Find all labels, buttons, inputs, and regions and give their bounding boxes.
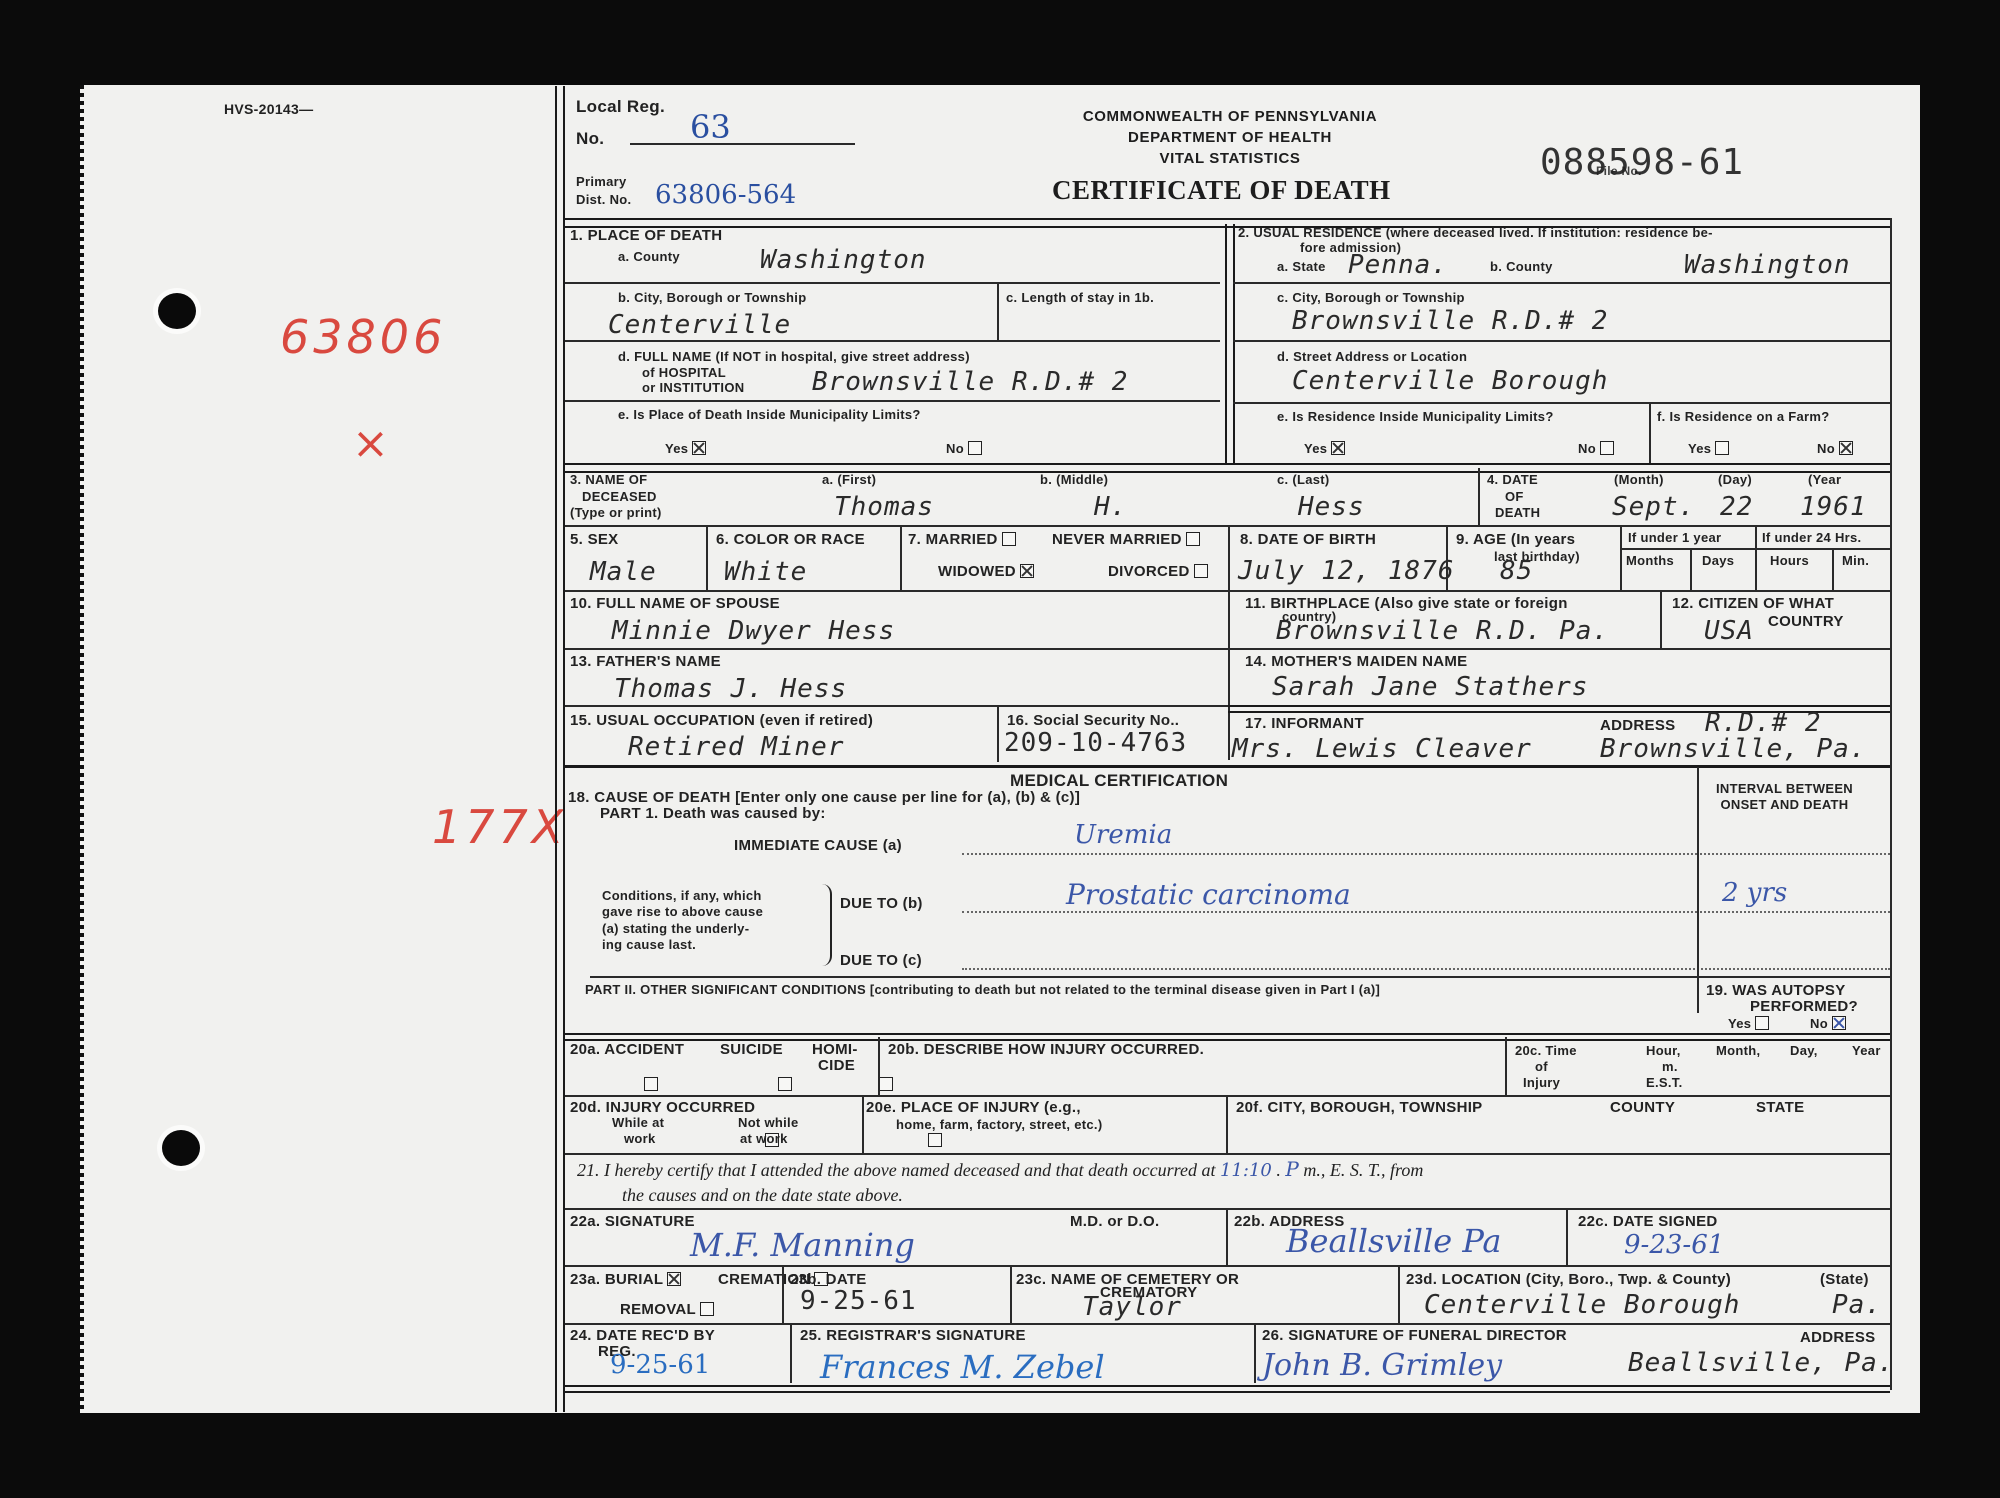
res-farm-no[interactable]: No <box>1817 441 1853 456</box>
res-farm-label: f. Is Residence on a Farm? <box>1657 410 1830 424</box>
certify-text-1: 21. I hereby certify that I attended the… <box>577 1160 1215 1180</box>
days-label: Days <box>1702 554 1734 568</box>
perforated-edge <box>80 85 84 1413</box>
pod-hospital-label: d. FULL NAME (If NOT in hospital, give s… <box>618 350 970 364</box>
yes-label: Yes <box>1728 1016 1751 1031</box>
checkbox-checked[interactable] <box>667 1272 681 1286</box>
funeral-director-signature: John B. Grimley <box>1262 1348 1502 1383</box>
divider <box>1755 525 1757 590</box>
autopsy-no[interactable]: No <box>1810 1016 1846 1031</box>
informant-address-line2: Brownsville, Pa. <box>1600 734 1866 764</box>
spouse-value: Minnie Dwyer Hess <box>612 616 895 646</box>
no-label: No <box>1817 441 1835 456</box>
first-name-value: Thomas <box>834 492 934 522</box>
burial-label: 23a. BURIAL <box>570 1271 663 1288</box>
checkbox-checked[interactable] <box>1832 1016 1846 1030</box>
local-reg-no-label: No. <box>576 130 604 148</box>
section-divider-1-2 <box>1225 224 1235 464</box>
local-reg-underline <box>630 143 855 145</box>
divider <box>1620 525 1622 590</box>
name-label-1: 3. NAME OF <box>570 473 647 487</box>
divider <box>1478 468 1480 525</box>
punch-hole-top <box>158 293 196 329</box>
pod-county-label: a. County <box>618 250 680 264</box>
divider <box>590 976 1890 978</box>
ssn-value: 209-10-4763 <box>1004 728 1187 758</box>
not-work-label-2: at work <box>740 1132 788 1146</box>
dod-day-label: (Day) <box>1718 473 1752 487</box>
burial-location-label: 23d. LOCATION (City, Boro., Twp. & Count… <box>1406 1272 1731 1288</box>
interval-line: INTERVAL BETWEEN <box>1716 781 1853 797</box>
autopsy-label: 19. WAS AUTOPSY <box>1706 983 1846 999</box>
place-injury-label: 20e. PLACE OF INJURY (e.g., <box>866 1100 1081 1116</box>
res-city-value: Brownsville R.D.# 2 <box>1292 306 1608 336</box>
father-label: 13. FATHER'S NAME <box>570 654 721 670</box>
divider <box>1446 525 1448 590</box>
hour-label-3: E.S.T. <box>1646 1076 1682 1090</box>
at-work-label: While at <box>612 1116 664 1130</box>
divider <box>997 282 999 340</box>
race-label: 6. COLOR OR RACE <box>716 532 865 548</box>
primary-dist-label: Primary <box>576 175 627 189</box>
dotted-line <box>1700 853 1890 855</box>
registrar-label: 25. REGISTRAR'S SIGNATURE <box>800 1328 1026 1344</box>
sex-label: 5. SEX <box>570 532 619 548</box>
conditions-label: Conditions, if any, which gave rise to a… <box>602 888 763 953</box>
res-street-value: Centerville Borough <box>1292 366 1608 396</box>
burial-state-label: (State) <box>1820 1272 1869 1288</box>
citizen-label-2: COUNTRY <box>1768 614 1844 630</box>
dotted-line <box>1700 911 1890 913</box>
header-line-department: DEPARTMENT OF HEALTH <box>1000 127 1460 148</box>
divider <box>565 1033 1890 1041</box>
mother-value: Sarah Jane Stathers <box>1272 672 1588 702</box>
last-name-label: c. (Last) <box>1277 473 1330 487</box>
punch-hole-bottom <box>162 1130 200 1166</box>
pod-hospital-value: Brownsville R.D.# 2 <box>812 367 1128 397</box>
place-injury-label-2: home, farm, factory, street, etc.) <box>896 1118 1102 1132</box>
occupation-value: Retired Miner <box>628 732 845 762</box>
res-city-label: c. City, Borough or Township <box>1277 291 1465 305</box>
month-label: Month, <box>1716 1044 1760 1058</box>
father-value: Thomas J. Hess <box>614 674 847 704</box>
widowed-option[interactable]: WIDOWED <box>938 564 1034 580</box>
conditions-line: gave rise to above cause <box>602 904 763 920</box>
res-limits-label: e. Is Residence Inside Municipality Limi… <box>1277 410 1554 424</box>
res-state-value: Penna. <box>1348 250 1448 280</box>
checkbox-unchecked[interactable] <box>1186 532 1200 546</box>
divorced-option[interactable]: DIVORCED <box>1108 564 1208 580</box>
pod-limits-yes[interactable]: Yes <box>665 441 706 456</box>
header-line-vital-stats: VITAL STATISTICS <box>1000 148 1460 169</box>
degree-label: M.D. or D.O. <box>1070 1214 1159 1230</box>
widowed-label: WIDOWED <box>938 563 1016 580</box>
res-state-label: a. State <box>1277 260 1326 274</box>
dod-day-value: 22 <box>1720 492 1753 522</box>
time-injury-label: 20c. Time <box>1515 1044 1577 1058</box>
married-label: 7. MARRIED <box>908 531 998 548</box>
yes-label: Yes <box>1304 441 1327 456</box>
name-label-2: DECEASED <box>582 490 657 504</box>
interval-line: ONSET AND DEATH <box>1716 797 1853 813</box>
informant-address-label: ADDRESS <box>1600 718 1675 734</box>
divider <box>1254 1323 1256 1383</box>
registrar-signature: Frances M. Zebel <box>820 1348 1105 1386</box>
dod-month-value: Sept. <box>1612 492 1695 522</box>
citizen-value: USA <box>1704 616 1754 646</box>
checkbox-unchecked[interactable] <box>968 441 982 455</box>
first-name-label: a. (First) <box>822 473 876 487</box>
autopsy-yes[interactable]: Yes <box>1728 1016 1769 1031</box>
divider <box>790 1323 792 1383</box>
part1-label: PART 1. Death was caused by: <box>600 806 826 822</box>
form-code: HVS-20143— <box>224 102 313 117</box>
name-label-3: (Type or print) <box>570 506 662 520</box>
checkbox-checked[interactable] <box>1839 441 1853 455</box>
pod-city-value: Centerville <box>608 310 791 340</box>
form-right-border <box>1890 218 1892 1390</box>
divider <box>565 1323 1890 1325</box>
pod-county-value: Washington <box>760 245 927 275</box>
divider <box>565 705 1228 707</box>
hour-label-2: m. <box>1662 1060 1678 1074</box>
divider <box>565 463 1890 473</box>
cemetery-value: Taylor <box>1082 1292 1182 1322</box>
local-reg-value: 63 <box>690 108 731 146</box>
date-signed-value: 9-23-61 <box>1624 1230 1724 1260</box>
funeral-director-address-label: ADDRESS <box>1800 1330 1875 1346</box>
never-married-option[interactable]: NEVER MARRIED <box>1052 532 1200 548</box>
homicide-label-2: CIDE <box>818 1058 855 1074</box>
divider <box>1228 525 1230 590</box>
year-label: Year <box>1852 1044 1881 1058</box>
never-married-label: NEVER MARRIED <box>1052 531 1182 548</box>
divorced-label: DIVORCED <box>1108 563 1190 580</box>
form-title: CERTIFICATE OF DEATH <box>1052 175 1391 206</box>
form-left-border <box>555 86 565 1412</box>
immediate-cause-value: Uremia <box>1074 820 1172 850</box>
burial-option[interactable]: 23a. BURIAL <box>570 1272 681 1288</box>
divider <box>565 765 1890 768</box>
age-value: 85 <box>1500 556 1533 586</box>
header-line-commonwealth: COMMONWEALTH OF PENNSYLVANIA <box>1000 106 1460 127</box>
divider <box>565 1153 1890 1155</box>
dod-label-2: OF <box>1505 490 1524 504</box>
min-label: Min. <box>1842 554 1869 568</box>
injury-state-label: STATE <box>1756 1100 1804 1116</box>
dotted-line <box>962 911 1697 913</box>
informant-value: Mrs. Lewis Cleaver <box>1232 734 1532 764</box>
divider <box>1228 590 1230 760</box>
physician-address-value: Beallsville Pa <box>1286 1222 1501 1260</box>
divider <box>997 705 999 762</box>
checkbox-unchecked[interactable] <box>1755 1016 1769 1030</box>
burial-location-state: Pa. <box>1832 1290 1882 1320</box>
injury-county-label: COUNTY <box>1610 1100 1675 1116</box>
last-name-value: Hess <box>1298 492 1365 522</box>
dob-label: 8. DATE OF BIRTH <box>1240 532 1376 548</box>
homicide-checkbox[interactable] <box>879 1077 893 1091</box>
divider <box>862 1095 864 1153</box>
dod-month-label: (Month) <box>1614 473 1664 487</box>
margin-annotation-number: 63806 <box>280 310 446 364</box>
primary-dist-value: 63806-564 <box>655 180 796 210</box>
conditions-line: (a) stating the underly- <box>602 921 763 937</box>
due-to-b-label: DUE TO (b) <box>840 896 923 912</box>
sex-value: Male <box>590 557 657 587</box>
file-number: 088598-61 <box>1540 142 1744 183</box>
checkbox-unchecked[interactable] <box>1600 441 1614 455</box>
yes-label: Yes <box>1688 441 1711 456</box>
dod-label-3: DEATH <box>1495 506 1540 520</box>
interval-b-value: 2 yrs <box>1722 878 1787 908</box>
dod-label-1: 4. DATE <box>1487 473 1538 487</box>
place-of-death-label: 1. PLACE OF DEATH <box>570 228 722 244</box>
dotted-line <box>962 968 1890 970</box>
due-to-b-value: Prostatic carcinoma <box>1066 878 1351 911</box>
due-to-c-label: DUE TO (c) <box>840 953 922 969</box>
checkbox-checked[interactable] <box>1020 564 1034 578</box>
pod-hospital-label-3: or INSTITUTION <box>642 381 744 395</box>
divider <box>1505 1037 1507 1095</box>
divider <box>782 1265 784 1323</box>
divider <box>1660 590 1662 648</box>
checkbox-checked[interactable] <box>692 441 706 455</box>
local-reg-label: Local Reg. <box>576 98 665 116</box>
date-recd-value: 9-25-61 <box>610 1350 710 1380</box>
hour-label: Hour, <box>1646 1044 1681 1058</box>
ssn-label: 16. Social Security No.. <box>1007 713 1179 729</box>
married-option[interactable]: 7. MARRIED <box>908 532 1016 548</box>
informant-label: 17. INFORMANT <box>1245 716 1364 732</box>
divider <box>565 1385 1890 1393</box>
divider <box>1620 548 1890 550</box>
dotted-line <box>962 853 1697 855</box>
not-work-label: Not while <box>738 1116 798 1130</box>
funeral-director-label: 26. SIGNATURE OF FUNERAL DIRECTOR <box>1262 1328 1567 1344</box>
accident-label: 20a. ACCIDENT <box>570 1042 684 1058</box>
divider <box>565 1265 1890 1267</box>
accident-checkbox[interactable] <box>644 1077 658 1091</box>
certify-text: 21. I hereby certify that I attended the… <box>577 1157 1423 1181</box>
conditions-line: ing cause last. <box>602 937 763 953</box>
margin-annotation-code: 177X <box>432 800 567 854</box>
divider <box>1233 402 1890 404</box>
spouse-label: 10. FULL NAME OF SPOUSE <box>570 596 780 612</box>
date-signed-label: 22c. DATE SIGNED <box>1578 1214 1718 1230</box>
pod-hospital-label-2: of HOSPITAL <box>642 366 726 380</box>
no-label: No <box>946 441 964 456</box>
primary-dist-no-label: Dist. No. <box>576 193 631 207</box>
divider <box>1690 548 1692 590</box>
birthplace-value: Brownsville R.D. Pa. <box>1276 616 1609 646</box>
not-at-work-checkbox[interactable] <box>928 1133 942 1147</box>
margin-annotation-mark: × <box>352 418 393 469</box>
date-recd-label: 24. DATE REC'D BY <box>570 1328 715 1344</box>
divider <box>1233 282 1890 284</box>
occupation-label: 15. USUAL OCCUPATION (even if retired) <box>570 713 873 729</box>
race-value: White <box>724 557 807 587</box>
death-ampm-value: P <box>1285 1157 1298 1181</box>
divider <box>1832 548 1834 590</box>
immediate-cause-label: IMMEDIATE CAUSE (a) <box>734 838 902 854</box>
divider <box>1010 1265 1012 1323</box>
funeral-director-address: Beallsville, Pa. <box>1628 1348 1894 1378</box>
homicide-label: HOMI- <box>812 1042 858 1058</box>
day-label: Day, <box>1790 1044 1818 1058</box>
suicide-label: SUICIDE <box>720 1042 783 1058</box>
res-farm-yes[interactable]: Yes <box>1688 441 1729 456</box>
divider <box>565 282 1220 284</box>
physician-signature: M.F. Manning <box>690 1226 915 1264</box>
dod-year-label: (Year <box>1808 473 1841 487</box>
res-county-label: b. County <box>1490 260 1553 274</box>
no-label: No <box>1578 441 1596 456</box>
pod-stay-label: c. Length of stay in 1b. <box>1006 291 1154 305</box>
cause-label: 18. CAUSE OF DEATH [Enter only one cause… <box>568 790 1080 806</box>
dod-year-value: 1961 <box>1800 492 1867 522</box>
interval-label: INTERVAL BETWEEN ONSET AND DEATH <box>1716 781 1853 814</box>
pod-city-label: b. City, Borough or Township <box>618 291 806 305</box>
middle-name-value: H. <box>1094 492 1127 522</box>
removal-label: REMOVAL <box>620 1301 696 1318</box>
divider <box>565 648 1890 650</box>
checkbox-checked[interactable] <box>1331 441 1345 455</box>
injury-city-label: 20f. CITY, BOROUGH, TOWNSHIP <box>1236 1100 1482 1116</box>
res-limits-no[interactable]: No <box>1578 441 1614 456</box>
describe-injury-label: 20b. DESCRIBE HOW INJURY OCCURRED. <box>888 1042 1204 1058</box>
yes-label: Yes <box>665 441 688 456</box>
time-injury-label-3: Injury <box>1523 1076 1560 1090</box>
under-day-label: If under 24 Hrs. <box>1762 531 1861 545</box>
divider <box>1649 402 1651 464</box>
divider <box>1226 1095 1228 1153</box>
divider <box>1566 1208 1568 1265</box>
months-label: Months <box>1626 554 1674 568</box>
dob-value: July 12, 1876 <box>1238 556 1455 586</box>
divider <box>706 525 708 590</box>
citizen-label: 12. CITIZEN OF WHAT <box>1672 596 1834 612</box>
conditions-line: Conditions, if any, which <box>602 888 763 904</box>
file-no-label: File No. <box>1596 165 1642 178</box>
signature-label: 22a. SIGNATURE <box>570 1214 695 1230</box>
removal-option[interactable]: REMOVAL <box>620 1302 714 1318</box>
injury-occurred-label: 20d. INJURY OCCURRED <box>570 1100 755 1116</box>
divider <box>1226 1208 1228 1265</box>
pod-limits-label: e. Is Place of Death Inside Municipality… <box>618 408 921 422</box>
divider <box>565 340 1220 342</box>
at-work-label-2: work <box>624 1132 656 1146</box>
time-injury-label-2: of <box>1535 1060 1548 1074</box>
divider <box>900 525 902 590</box>
medical-cert-title: MEDICAL CERTIFICATION <box>1010 772 1228 790</box>
pod-limits-no[interactable]: No <box>946 441 982 456</box>
burial-location-value: Centerville Borough <box>1424 1290 1740 1320</box>
brace <box>820 884 832 966</box>
autopsy-label-2: PERFORMED? <box>1750 999 1858 1015</box>
form-header: COMMONWEALTH OF PENNSYLVANIA DEPARTMENT … <box>1000 106 1460 169</box>
checkbox-unchecked[interactable] <box>1002 532 1016 546</box>
res-county-value: Washington <box>1684 250 1851 280</box>
certify-text-2: m., E. S. T., from <box>1303 1160 1423 1180</box>
mother-label: 14. MOTHER'S MAIDEN NAME <box>1245 654 1467 670</box>
suicide-checkbox[interactable] <box>778 1077 792 1091</box>
divider <box>1398 1265 1400 1323</box>
checkbox-unchecked[interactable] <box>1715 441 1729 455</box>
residence-label: 2. USUAL RESIDENCE (where deceased lived… <box>1238 226 1713 240</box>
res-limits-yes[interactable]: Yes <box>1304 441 1345 456</box>
res-street-label: d. Street Address or Location <box>1277 350 1467 364</box>
checkbox-unchecked[interactable] <box>700 1302 714 1316</box>
age-label: 9. AGE (In years <box>1456 532 1575 548</box>
part2-label: PART II. OTHER SIGNIFICANT CONDITIONS [c… <box>585 983 1380 997</box>
no-label: No <box>1810 1016 1828 1031</box>
divider <box>1233 340 1890 342</box>
burial-date-value: 9-25-61 <box>800 1286 917 1316</box>
certify-text-3: the causes and on the date state above. <box>622 1185 903 1206</box>
middle-name-label: b. (Middle) <box>1040 473 1108 487</box>
divider <box>565 400 1220 402</box>
checkbox-unchecked[interactable] <box>1194 564 1208 578</box>
divider <box>878 1037 880 1095</box>
under-year-label: If under 1 year <box>1628 531 1721 545</box>
death-time-value: 11:10 <box>1220 1160 1272 1181</box>
hours-label: Hours <box>1770 554 1809 568</box>
